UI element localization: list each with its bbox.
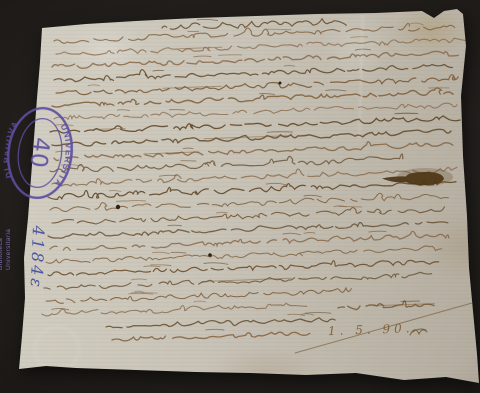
- abbreviation-mark: [284, 65, 295, 66]
- handwriting-line: [52, 129, 451, 146]
- abbreviation-mark: [217, 212, 228, 213]
- abbreviation-mark: [131, 279, 147, 280]
- abbreviation-mark: [151, 265, 171, 266]
- abbreviation-mark: [355, 49, 370, 50]
- abbreviation-mark: [52, 308, 69, 309]
- abbreviation-mark: [283, 233, 300, 235]
- handwriting-line: [48, 260, 439, 275]
- abbreviation-mark: [168, 225, 182, 226]
- ink-blot: [382, 172, 444, 185]
- abbreviation-mark: [183, 148, 193, 149]
- abbreviation-mark: [126, 201, 145, 202]
- handwriting-line: [52, 207, 445, 224]
- handwriting-line: [42, 303, 307, 316]
- handwriting-line: [54, 142, 453, 161]
- abbreviation-mark: [351, 37, 368, 38]
- abbreviation-mark: [266, 29, 291, 30]
- handwriting-line: [112, 332, 310, 341]
- abbreviation-mark: [304, 195, 322, 197]
- ownership-stamp-line2: Universitaria: [5, 184, 13, 270]
- handwriting-line: [44, 272, 432, 289]
- abbreviation-mark: [159, 175, 176, 176]
- abbreviation-mark: [206, 329, 224, 330]
- abbreviation-mark: [129, 293, 153, 294]
- abbreviation-mark: [88, 85, 99, 86]
- abbreviation-mark: [118, 110, 130, 111]
- abbreviation-mark: [110, 191, 121, 192]
- paper-watermark: [34, 326, 80, 372]
- handwriting-line: [52, 88, 453, 107]
- abbreviation-mark: [326, 90, 346, 91]
- shelfmark-number: 4184ε: [26, 225, 48, 290]
- abbreviation-mark: [304, 232, 315, 233]
- handwriting-line: [50, 231, 449, 250]
- worm-hole: [116, 205, 120, 209]
- handwriting-line: [162, 19, 346, 29]
- abbreviation-mark: [267, 132, 292, 133]
- abbreviation-mark: [153, 70, 164, 71]
- handwriting-line: [106, 318, 335, 328]
- handwriting-line: [54, 65, 452, 82]
- abbreviation-mark: [144, 266, 160, 267]
- abbreviation-mark: [259, 94, 274, 95]
- abbreviation-mark: [153, 252, 170, 253]
- abbreviation-mark: [369, 231, 386, 232]
- abbreviation-mark: [194, 56, 211, 57]
- handwriting-line: [50, 154, 403, 172]
- abbreviation-mark: [266, 183, 287, 185]
- abbreviation-mark: [171, 252, 186, 253]
- handwriting-line: [54, 103, 457, 119]
- stamp-number: 40: [24, 136, 54, 170]
- worm-hole: [279, 82, 282, 85]
- abbreviation-mark: [305, 313, 331, 314]
- handwriting-line: [52, 51, 458, 68]
- library-ownership-stamp: Biblioteca Universitaria: [0, 184, 13, 270]
- manuscript-page: 1. 5. 90.: [16, 6, 480, 386]
- abbreviation-mark: [410, 23, 423, 25]
- handwriting-line: [50, 116, 460, 133]
- handwriting-line: [50, 193, 449, 211]
- manuscript-page-wrap: 1. 5. 90.: [0, 0, 480, 393]
- abbreviation-mark: [194, 301, 206, 302]
- worm-hole: [208, 253, 212, 257]
- handwriting-line: [48, 180, 456, 200]
- abbreviation-mark: [197, 19, 218, 20]
- photograph-background: 1. 5. 90. UNIVERSITÀ DI PADOVA 40 Biblio…: [0, 0, 480, 393]
- abbreviation-mark: [204, 263, 228, 264]
- abbreviation-mark: [339, 207, 361, 208]
